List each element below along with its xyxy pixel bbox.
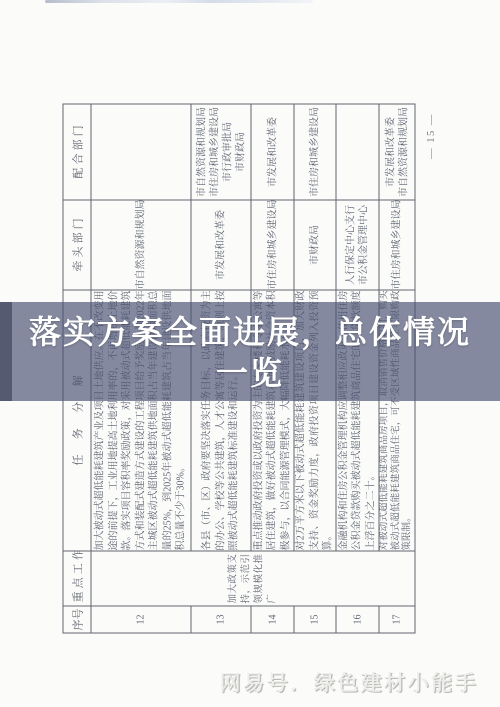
serial-cell: 14 [251, 606, 294, 633]
support-dept-cell [336, 104, 379, 200]
lead-dept-cell: 市自然资源和规划局 [91, 200, 191, 290]
watermark: 网易号．绿色建材小能手 [220, 667, 479, 697]
serial-cell: 16 [336, 606, 379, 633]
header-serial: 序号 [63, 606, 91, 633]
serial-cell: 12 [91, 606, 191, 633]
support-dept-cell: 市发展和改革委 市自然资源和规划局 [379, 104, 415, 200]
page-number: — 15 — [426, 106, 440, 166]
support-dept-cell: 市发展和改革委 [251, 104, 294, 200]
scanned-document-page: 序号 重点工作 任务分解 牵头部门 配合部门 12 加大政策支持，示范引领规模化… [0, 0, 500, 707]
support-dept-cell [91, 104, 191, 200]
serial-cell: 15 [294, 606, 336, 633]
headline-line1: 落实方案全面进展，总体情况 [29, 312, 471, 353]
lead-dept-cell: 市住房和城乡建设局 [251, 200, 294, 290]
header-lead-dept: 牵头部门 [63, 200, 91, 290]
lead-dept-cell: 市财政局 [294, 200, 336, 290]
header-key-work: 重点工作 [63, 551, 91, 606]
lead-dept-cell: 市发展和改革委 [191, 200, 251, 290]
header-support-dept: 配合部门 [63, 104, 91, 200]
headline-text: 落实方案全面进展，总体情况 一览 [0, 302, 500, 401]
key-work-merged-cell: 加大政策支持，示范引领规模化推广 [91, 551, 415, 606]
lead-dept-cell: 市住房和城乡建设局 [379, 200, 415, 290]
support-dept-cell: 市住房和城乡建设局 [294, 104, 336, 200]
headline-line2: 一览 [216, 353, 284, 394]
headline-banner: 落实方案全面进展，总体情况 一览 [0, 302, 500, 401]
lead-dept-cell: 人行保定中心支行 市公积金管理中心 [336, 200, 379, 290]
support-dept-cell: 市自然资源和规划局 市住房和城乡建设局 市行政审批局 市财政局 [191, 104, 251, 200]
serial-cell: 13 [191, 606, 251, 633]
serial-cell: 17 [379, 606, 415, 633]
scan-artifact-top-edge [45, 0, 313, 3]
